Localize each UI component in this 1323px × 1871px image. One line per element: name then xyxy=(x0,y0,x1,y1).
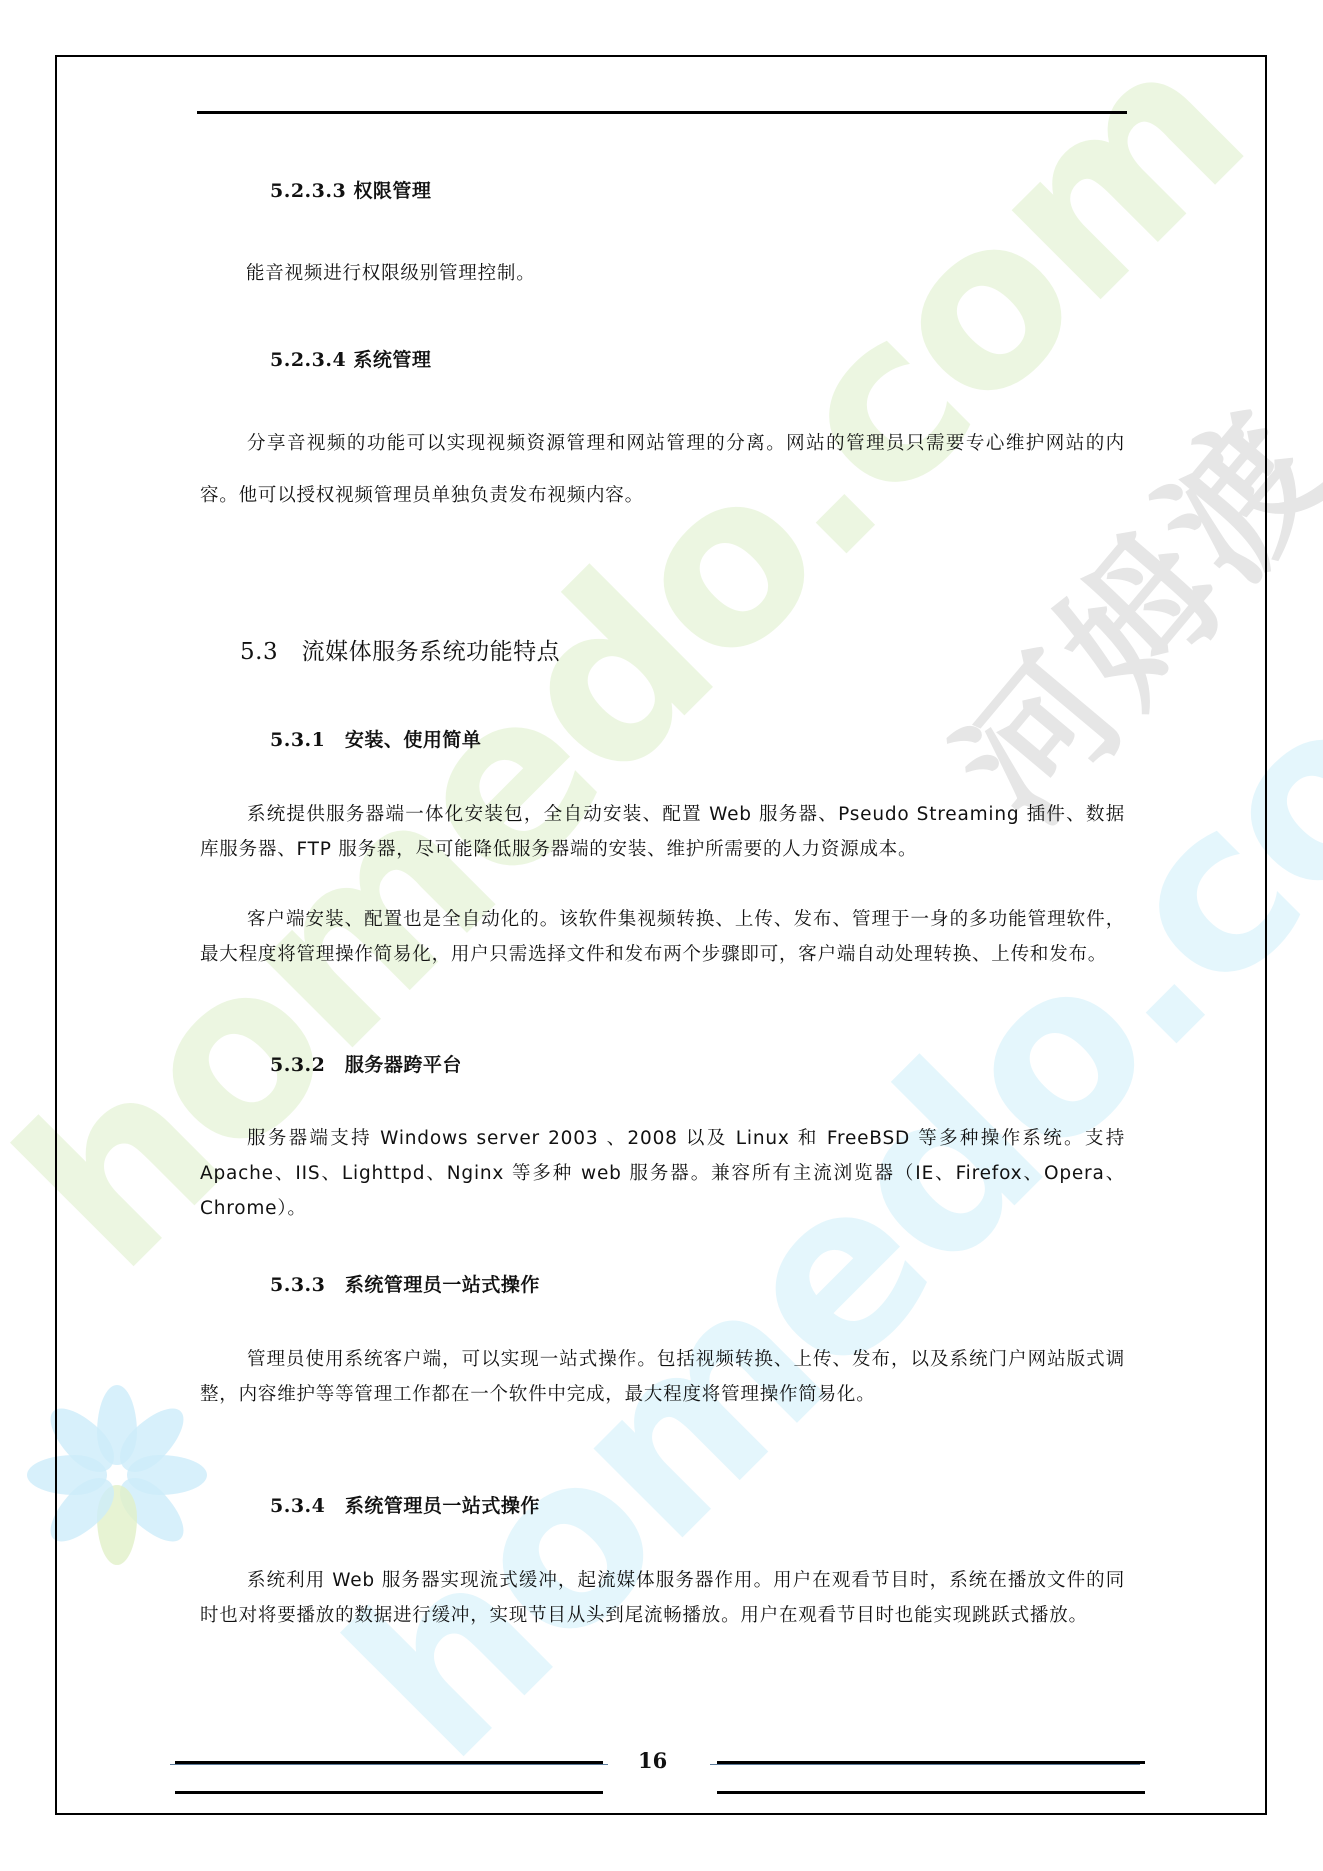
header-rule xyxy=(197,111,1127,114)
footer-line-left-accent xyxy=(170,1764,608,1765)
heading-5-2-3-4: 5.2.3.4 系统管理 xyxy=(270,345,431,372)
paragraph-install-simple-2: 客户端安装、配置也是全自动化的。该软件集视频转换、上传、发布、管理于一身的多功能… xyxy=(200,902,1125,972)
heading-5-3-1: 5.3.1 安装、使用简单 xyxy=(270,725,481,752)
paragraph-install-simple-1: 系统提供服务器端一体化安装包，全自动安装、配置 Web 服务器、Pseudo S… xyxy=(200,797,1125,867)
heading-5-3-3: 5.3.3 系统管理员一站式操作 xyxy=(270,1270,540,1297)
heading-5-3-2: 5.3.2 服务器跨平台 xyxy=(270,1050,462,1077)
footer-line-right-bottom xyxy=(717,1791,1145,1794)
page-number: 16 xyxy=(638,1748,667,1773)
paragraph-streaming-buffer: 系统利用 Web 服务器实现流式缓冲，起流媒体服务器作用。用户在观看节目时，系统… xyxy=(200,1563,1125,1633)
paragraph-one-stop-operation: 管理员使用系统客户端，可以实现一站式操作。包括视频转换、上传、发布，以及系统门户… xyxy=(200,1342,1125,1412)
heading-5-3: 5.3 流媒体服务系统功能特点 xyxy=(240,633,560,666)
footer-line-right-accent xyxy=(710,1764,1140,1765)
heading-5-3-4: 5.3.4 系统管理员一站式操作 xyxy=(270,1491,540,1518)
footer-line-right-top xyxy=(717,1761,1145,1764)
paragraph-system-management: 分享音视频的功能可以实现视频资源管理和网站管理的分离。网站的管理员只需要专心维护… xyxy=(200,418,1125,522)
footer-line-left-bottom xyxy=(175,1791,603,1794)
paragraph-permission-management: 能音视频进行权限级别管理控制。 xyxy=(246,256,1126,291)
footer-line-left-top xyxy=(175,1761,603,1764)
paragraph-cross-platform: 服务器端支持 Windows server 2003 、2008 以及 Linu… xyxy=(200,1121,1125,1226)
heading-5-2-3-3: 5.2.3.3 权限管理 xyxy=(270,176,431,203)
